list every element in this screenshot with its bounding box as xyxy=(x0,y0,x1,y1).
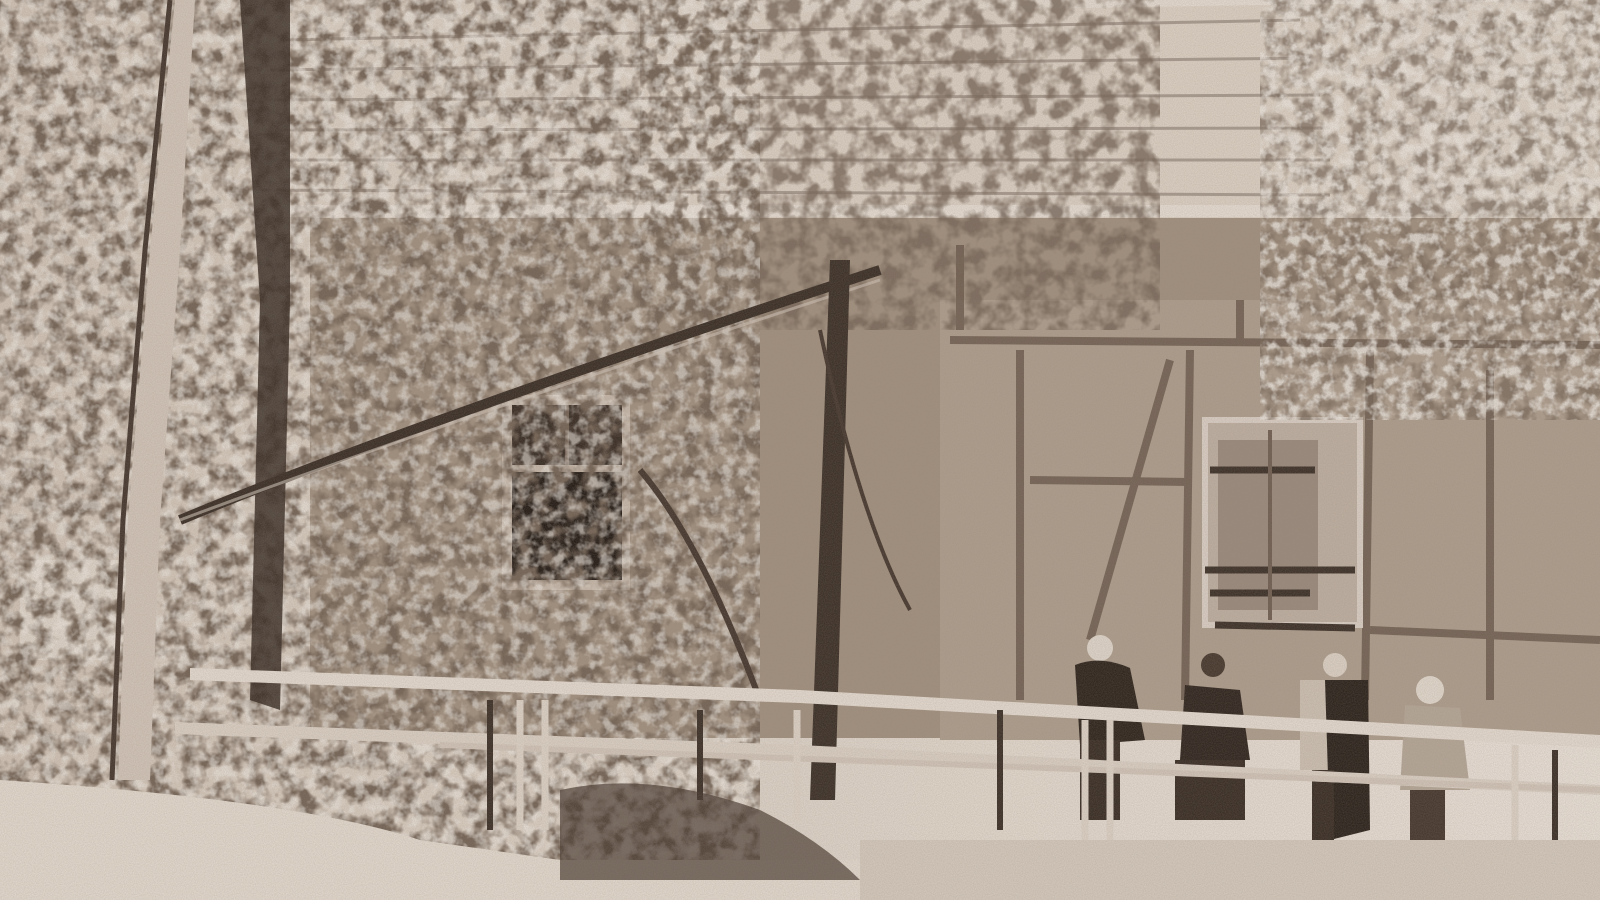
film-grain xyxy=(0,0,1600,900)
sepia-photo xyxy=(0,0,1600,900)
photo-scene xyxy=(0,0,1600,900)
